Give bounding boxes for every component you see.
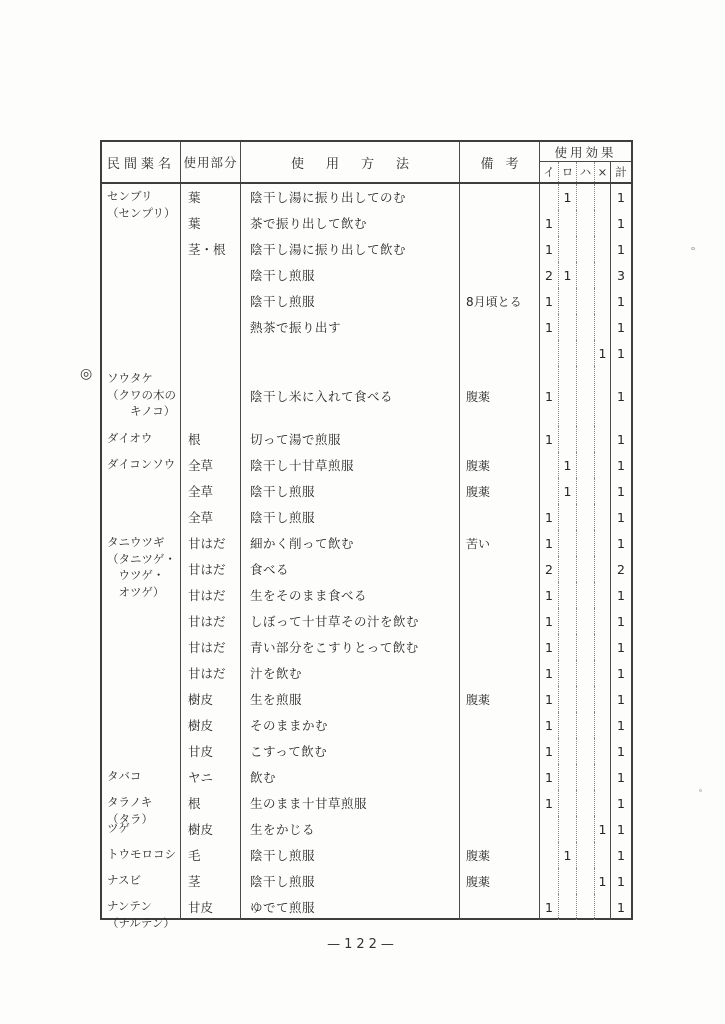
- cell-usage-method: そのままかむ: [241, 712, 460, 738]
- table-row: タニウツギ （タニツゲ・ ウツゲ・ オツゲ） 甘はだ 細かく削って飲む 苦い 1…: [102, 530, 631, 556]
- cell-effect-x: [595, 530, 611, 556]
- cell-usage-method: 陰干し米に入れて食べる: [241, 366, 460, 426]
- cell-effect-ro: [559, 530, 577, 556]
- table-row: 樹皮 生を煎服 腹薬 1 1: [102, 686, 631, 712]
- cell-remarks: [460, 556, 540, 582]
- cell-usage-method: 陰干し湯に振り出して飲む: [241, 236, 460, 262]
- cell-effect-x: [595, 452, 611, 478]
- cell-effect-i: 1: [540, 366, 559, 426]
- cell-usage-method: 青い部分をこすりとって飲む: [241, 634, 460, 660]
- cell-effect-x: [595, 478, 611, 504]
- cell-effect-total: 1: [611, 582, 631, 608]
- cell-effect-ha: [577, 340, 595, 366]
- cell-effect-x: [595, 236, 611, 262]
- cell-effect-total: 1: [611, 894, 631, 920]
- cell-used-part: [181, 340, 241, 366]
- cell-effect-total: 1: [611, 816, 631, 842]
- cell-used-part: 樹皮: [181, 712, 241, 738]
- header-effect-group: 使用効果 イ ロ ハ × 計: [540, 142, 631, 182]
- cell-used-part: 全草: [181, 452, 241, 478]
- cell-effect-i: [540, 842, 559, 868]
- cell-usage-method: 切って湯で煎服: [241, 426, 460, 452]
- table-row: 甘はだ 生をそのまま食べる 1 1: [102, 582, 631, 608]
- cell-usage-method: ゆでて煎服: [241, 894, 460, 920]
- cell-usage-method: 熱茶で振り出す: [241, 314, 460, 340]
- cell-effect-x: [595, 712, 611, 738]
- cell-usage-method: しぼって十甘草その汁を飲む: [241, 608, 460, 634]
- cell-usage-method: 茶で振り出して飲む: [241, 210, 460, 236]
- cell-effect-ro: [559, 582, 577, 608]
- cell-effect-total: 2: [611, 556, 631, 582]
- cell-used-part: 茎・根: [181, 236, 241, 262]
- cell-effect-i: 1: [540, 582, 559, 608]
- cell-used-part: [181, 314, 241, 340]
- cell-medicine-name: センブリ （センプリ）: [102, 184, 181, 210]
- cell-effect-total: 1: [611, 738, 631, 764]
- table-row: 甘はだ 食べる 2 2: [102, 556, 631, 582]
- cell-effect-x: [595, 366, 611, 426]
- medicine-name-text: タバコ: [107, 768, 141, 785]
- table-row: 陰干し煎服 8月頃とる 1 1: [102, 288, 631, 314]
- table-row: 陰干し煎服 2 1 3: [102, 262, 631, 288]
- cell-effect-total: 1: [611, 314, 631, 340]
- cell-effect-ha: [577, 712, 595, 738]
- cell-remarks: [460, 660, 540, 686]
- cell-effect-ha: [577, 790, 595, 816]
- cell-effect-total: 1: [611, 452, 631, 478]
- cell-effect-ro: [559, 790, 577, 816]
- cell-effect-ha: [577, 868, 595, 894]
- cell-effect-i: 1: [540, 634, 559, 660]
- cell-used-part: 全草: [181, 478, 241, 504]
- cell-usage-method: 陰干し煎服: [241, 504, 460, 530]
- table-row: ダイオウ 根 切って湯で煎服 1 1: [102, 426, 631, 452]
- table-row: 1 1: [102, 340, 631, 366]
- cell-used-part: 葉: [181, 184, 241, 210]
- cell-effect-i: 1: [540, 660, 559, 686]
- table-body: センブリ （センプリ） 葉 陰干し湯に振り出してのむ 1 1 葉 茶で振り出して…: [102, 184, 631, 920]
- medicine-name-text: ソウタケ （クワの木の キノコ）: [107, 370, 176, 420]
- cell-usage-method: 生をそのまま食べる: [241, 582, 460, 608]
- cell-effect-i: [540, 184, 559, 210]
- cell-effect-x: [595, 262, 611, 288]
- cell-used-part: 甘はだ: [181, 660, 241, 686]
- cell-effect-i: 2: [540, 556, 559, 582]
- cell-remarks: 腹薬: [460, 452, 540, 478]
- cell-effect-total: 1: [611, 868, 631, 894]
- cell-effect-ro: [559, 340, 577, 366]
- cell-usage-method: 生をかじる: [241, 816, 460, 842]
- cell-effect-x: 1: [595, 340, 611, 366]
- cell-remarks: [460, 764, 540, 790]
- cell-usage-method: 汁を飲む: [241, 660, 460, 686]
- cell-remarks: [460, 816, 540, 842]
- cell-effect-x: [595, 660, 611, 686]
- cell-effect-ha: [577, 660, 595, 686]
- cell-effect-ro: [559, 686, 577, 712]
- medicine-name-text: ダイコンソウ: [107, 456, 175, 473]
- table-row: 葉 茶で振り出して飲む 1 1: [102, 210, 631, 236]
- cell-usage-method: 陰干し煎服: [241, 288, 460, 314]
- cell-medicine-name: ソウタケ （クワの木の キノコ）: [102, 366, 181, 426]
- cell-remarks: 腹薬: [460, 366, 540, 426]
- cell-effect-total: 1: [611, 184, 631, 210]
- cell-remarks: [460, 608, 540, 634]
- cell-remarks: [460, 582, 540, 608]
- table-row: 甘皮 こすって飲む 1 1: [102, 738, 631, 764]
- folk-medicine-table: 民間薬名 使用部分 使用方法 備考 使用効果 イ ロ ハ × 計 センブリ （セ…: [100, 140, 633, 920]
- header-medicine-name: 民間薬名: [102, 142, 181, 182]
- cell-effect-x: [595, 210, 611, 236]
- cell-medicine-name: [102, 340, 181, 366]
- table-row: タバコ ヤニ 飲む 1 1: [102, 764, 631, 790]
- cell-remarks: 苦い: [460, 530, 540, 556]
- cell-effect-i: [540, 478, 559, 504]
- cell-remarks: [460, 790, 540, 816]
- cell-medicine-name: [102, 634, 181, 660]
- cell-used-part: 甘はだ: [181, 556, 241, 582]
- cell-effect-ha: [577, 504, 595, 530]
- cell-medicine-name: [102, 262, 181, 288]
- cell-effect-x: [595, 764, 611, 790]
- cell-medicine-name: [102, 314, 181, 340]
- cell-effect-x: [595, 504, 611, 530]
- cell-remarks: 腹薬: [460, 478, 540, 504]
- cell-effect-ha: [577, 764, 595, 790]
- header-effect-col-total: 計: [611, 162, 631, 182]
- table-row: 甘はだ 汁を飲む 1 1: [102, 660, 631, 686]
- cell-medicine-name: ナンテン （ナルテン）: [102, 894, 181, 920]
- cell-effect-total: 1: [611, 530, 631, 556]
- cell-effect-total: 1: [611, 764, 631, 790]
- cell-effect-ha: [577, 842, 595, 868]
- cell-usage-method: 陰干し十甘草煎服: [241, 452, 460, 478]
- cell-effect-ha: [577, 530, 595, 556]
- cell-effect-total: 3: [611, 262, 631, 288]
- cell-usage-method: 陰干し湯に振り出してのむ: [241, 184, 460, 210]
- cell-medicine-name: [102, 738, 181, 764]
- cell-usage-method: [241, 340, 460, 366]
- cell-effect-ro: 1: [559, 478, 577, 504]
- cell-medicine-name: [102, 608, 181, 634]
- cell-remarks: 腹薬: [460, 686, 540, 712]
- cell-effect-ha: [577, 184, 595, 210]
- cell-effect-ro: [559, 210, 577, 236]
- cell-remarks: [460, 314, 540, 340]
- cell-remarks: [460, 504, 540, 530]
- cell-effect-x: [595, 894, 611, 920]
- medicine-name-text: ダイオウ: [107, 430, 152, 447]
- cell-effect-ha: [577, 686, 595, 712]
- cell-usage-method: こすって飲む: [241, 738, 460, 764]
- cell-remarks: [460, 426, 540, 452]
- cell-effect-x: [595, 738, 611, 764]
- table-row: ナンテン （ナルテン） 甘皮 ゆでて煎服 1 1: [102, 894, 631, 920]
- cell-medicine-name: [102, 660, 181, 686]
- cell-effect-i: 1: [540, 686, 559, 712]
- cell-effect-ha: [577, 894, 595, 920]
- cell-effect-total: 1: [611, 608, 631, 634]
- cell-medicine-name: ダイオウ: [102, 426, 181, 452]
- cell-effect-ro: [559, 236, 577, 262]
- header-usage-method: 使用方法: [241, 142, 460, 182]
- cell-remarks: [460, 894, 540, 920]
- cell-used-part: 茎: [181, 868, 241, 894]
- cell-effect-x: [595, 582, 611, 608]
- cell-remarks: [460, 236, 540, 262]
- cell-effect-ha: [577, 478, 595, 504]
- cell-medicine-name: ナスビ: [102, 868, 181, 894]
- cell-effect-ha: [577, 210, 595, 236]
- cell-effect-ro: 1: [559, 452, 577, 478]
- header-effect-subcolumns: イ ロ ハ × 計: [540, 162, 631, 182]
- cell-used-part: 全草: [181, 504, 241, 530]
- cell-effect-i: 1: [540, 764, 559, 790]
- cell-effect-i: 1: [540, 210, 559, 236]
- cell-effect-ha: [577, 236, 595, 262]
- cell-effect-ro: [559, 556, 577, 582]
- cell-effect-ro: [559, 314, 577, 340]
- cell-effect-x: [595, 314, 611, 340]
- medicine-name-text: センブリ （センプリ）: [107, 188, 176, 221]
- cell-effect-ro: [559, 660, 577, 686]
- header-used-part: 使用部分: [181, 142, 241, 182]
- table-row: 全草 陰干し煎服 1 1: [102, 504, 631, 530]
- cell-remarks: [460, 712, 540, 738]
- cell-used-part: 甘はだ: [181, 582, 241, 608]
- cell-effect-total: 1: [611, 712, 631, 738]
- page-number: —122—: [0, 937, 725, 952]
- cell-usage-method: 飲む: [241, 764, 460, 790]
- cell-effect-total: 1: [611, 660, 631, 686]
- cell-usage-method: 食べる: [241, 556, 460, 582]
- cell-remarks: 腹薬: [460, 868, 540, 894]
- cell-effect-ha: [577, 634, 595, 660]
- table-row: 甘はだ 青い部分をこすりとって飲む 1 1: [102, 634, 631, 660]
- cell-effect-ha: [577, 556, 595, 582]
- cell-remarks: [460, 210, 540, 236]
- cell-effect-ha: [577, 582, 595, 608]
- cell-remarks: [460, 738, 540, 764]
- table-row: ソウタケ （クワの木の キノコ） 陰干し米に入れて食べる 腹薬 1 1: [102, 366, 631, 426]
- table-row: 甘はだ しぼって十甘草その汁を飲む 1 1: [102, 608, 631, 634]
- cell-effect-i: 1: [540, 738, 559, 764]
- cell-effect-i: 1: [540, 894, 559, 920]
- cell-used-part: 甘はだ: [181, 608, 241, 634]
- table-row: タラノキ （タラ） 根 生のまま十甘草煎服 1 1: [102, 790, 631, 816]
- cell-effect-ro: 1: [559, 842, 577, 868]
- cell-effect-ro: [559, 288, 577, 314]
- cell-used-part: 毛: [181, 842, 241, 868]
- cell-used-part: [181, 262, 241, 288]
- cell-effect-ha: [577, 314, 595, 340]
- cell-medicine-name: タラノキ （タラ）: [102, 790, 181, 816]
- cell-usage-method: 陰干し煎服: [241, 478, 460, 504]
- header-effect-col-ha: ハ: [577, 162, 595, 182]
- cell-effect-total: 1: [611, 236, 631, 262]
- table-row: ツゲ 樹皮 生をかじる 1 1: [102, 816, 631, 842]
- cell-remarks: [460, 340, 540, 366]
- cell-used-part: 葉: [181, 210, 241, 236]
- cell-medicine-name: [102, 478, 181, 504]
- cell-medicine-name: トウモロコシ: [102, 842, 181, 868]
- cell-effect-ro: [559, 738, 577, 764]
- cell-usage-method: 陰干し煎服: [241, 842, 460, 868]
- cell-effect-x: [595, 426, 611, 452]
- cell-medicine-name: ダイコンソウ: [102, 452, 181, 478]
- cell-effect-ha: [577, 816, 595, 842]
- cell-effect-i: 1: [540, 530, 559, 556]
- cell-effect-i: 1: [540, 426, 559, 452]
- medicine-name-text: ナスビ: [107, 872, 141, 889]
- cell-used-part: 樹皮: [181, 686, 241, 712]
- scan-speck: [699, 789, 702, 792]
- cell-effect-i: 1: [540, 608, 559, 634]
- medicine-name-text: タニウツギ （タニツゲ・ ウツゲ・ オツゲ）: [107, 534, 176, 601]
- scan-speck: [691, 247, 695, 250]
- cell-used-part: [181, 366, 241, 426]
- cell-effect-total: 1: [611, 288, 631, 314]
- cell-remarks: [460, 184, 540, 210]
- cell-medicine-name: [102, 686, 181, 712]
- cell-medicine-name: [102, 288, 181, 314]
- header-remarks: 備考: [460, 142, 540, 182]
- cell-remarks: [460, 262, 540, 288]
- cell-used-part: 甘皮: [181, 738, 241, 764]
- cell-medicine-name: [102, 712, 181, 738]
- cell-effect-ro: [559, 712, 577, 738]
- cell-effect-ro: [559, 868, 577, 894]
- cell-effect-ro: [559, 764, 577, 790]
- cell-effect-i: 1: [540, 712, 559, 738]
- table-row: 全草 陰干し煎服 腹薬 1 1: [102, 478, 631, 504]
- cell-effect-ha: [577, 426, 595, 452]
- table-row: 茎・根 陰干し湯に振り出して飲む 1 1: [102, 236, 631, 262]
- cell-used-part: 甘皮: [181, 894, 241, 920]
- cell-usage-method: 陰干し煎服: [241, 868, 460, 894]
- cell-effect-i: 1: [540, 288, 559, 314]
- cell-effect-total: 1: [611, 634, 631, 660]
- cell-effect-i: [540, 868, 559, 894]
- cell-effect-ro: [559, 634, 577, 660]
- header-effect-col-ro: ロ: [559, 162, 577, 182]
- cell-remarks: 8月頃とる: [460, 288, 540, 314]
- cell-effect-ro: [559, 504, 577, 530]
- cell-effect-i: 1: [540, 504, 559, 530]
- cell-effect-total: 1: [611, 504, 631, 530]
- cell-effect-ha: [577, 288, 595, 314]
- medicine-name-text: ナンテン （ナルテン）: [107, 898, 175, 931]
- cell-effect-i: [540, 816, 559, 842]
- cell-usage-method: 生のまま十甘草煎服: [241, 790, 460, 816]
- cell-effect-x: [595, 184, 611, 210]
- table-row: 熱茶で振り出す 1 1: [102, 314, 631, 340]
- header-effect-col-x: ×: [595, 162, 611, 182]
- cell-effect-x: [595, 634, 611, 660]
- cell-effect-i: [540, 340, 559, 366]
- table-row: 樹皮 そのままかむ 1 1: [102, 712, 631, 738]
- cell-effect-total: 1: [611, 210, 631, 236]
- cell-used-part: 根: [181, 790, 241, 816]
- cell-effect-ro: [559, 816, 577, 842]
- cell-effect-i: 1: [540, 314, 559, 340]
- header-effect-col-i: イ: [540, 162, 559, 182]
- cell-effect-ha: [577, 608, 595, 634]
- cell-used-part: 樹皮: [181, 816, 241, 842]
- cell-effect-total: 1: [611, 790, 631, 816]
- cell-effect-x: 1: [595, 868, 611, 894]
- cell-effect-x: 1: [595, 816, 611, 842]
- cell-effect-ha: [577, 738, 595, 764]
- cell-effect-total: 1: [611, 686, 631, 712]
- cell-effect-x: [595, 790, 611, 816]
- header-effect-title: 使用効果: [540, 142, 631, 162]
- cell-effect-ha: [577, 366, 595, 426]
- cell-medicine-name: タバコ: [102, 764, 181, 790]
- cell-effect-ro: 1: [559, 184, 577, 210]
- cell-effect-x: [595, 608, 611, 634]
- cell-effect-total: 1: [611, 366, 631, 426]
- table-row: ナスビ 茎 陰干し煎服 腹薬 1 1: [102, 868, 631, 894]
- cell-effect-ro: 1: [559, 262, 577, 288]
- cell-effect-total: 1: [611, 842, 631, 868]
- margin-double-circle-mark: ◎: [80, 366, 92, 382]
- cell-used-part: 甘はだ: [181, 634, 241, 660]
- cell-effect-i: 2: [540, 262, 559, 288]
- table-header-row: 民間薬名 使用部分 使用方法 備考 使用効果 イ ロ ハ × 計: [102, 142, 631, 184]
- cell-medicine-name: [102, 504, 181, 530]
- cell-usage-method: 生を煎服: [241, 686, 460, 712]
- cell-effect-ha: [577, 262, 595, 288]
- table-row: トウモロコシ 毛 陰干し煎服 腹薬 1 1: [102, 842, 631, 868]
- table-row: センブリ （センプリ） 葉 陰干し湯に振り出してのむ 1 1: [102, 184, 631, 210]
- cell-used-part: [181, 288, 241, 314]
- cell-effect-x: [595, 288, 611, 314]
- cell-effect-x: [595, 556, 611, 582]
- cell-effect-ro: [559, 894, 577, 920]
- cell-effect-ro: [559, 366, 577, 426]
- cell-medicine-name: [102, 236, 181, 262]
- cell-used-part: 甘はだ: [181, 530, 241, 556]
- cell-effect-x: [595, 686, 611, 712]
- cell-used-part: ヤニ: [181, 764, 241, 790]
- cell-effect-i: 1: [540, 236, 559, 262]
- cell-effect-i: [540, 452, 559, 478]
- table-row: ダイコンソウ 全草 陰干し十甘草煎服 腹薬 1 1: [102, 452, 631, 478]
- cell-remarks: 腹薬: [460, 842, 540, 868]
- cell-effect-i: 1: [540, 790, 559, 816]
- cell-used-part: 根: [181, 426, 241, 452]
- cell-effect-x: [595, 842, 611, 868]
- cell-effect-total: 1: [611, 478, 631, 504]
- cell-effect-ha: [577, 452, 595, 478]
- cell-effect-total: 1: [611, 426, 631, 452]
- cell-medicine-name: タニウツギ （タニツゲ・ ウツゲ・ オツゲ）: [102, 530, 181, 556]
- cell-effect-total: 1: [611, 340, 631, 366]
- medicine-name-text: トウモロコシ: [107, 846, 176, 863]
- medicine-name-text: ツゲ: [107, 820, 130, 837]
- cell-effect-ro: [559, 608, 577, 634]
- cell-remarks: [460, 634, 540, 660]
- cell-effect-ro: [559, 426, 577, 452]
- cell-usage-method: 陰干し煎服: [241, 262, 460, 288]
- cell-usage-method: 細かく削って飲む: [241, 530, 460, 556]
